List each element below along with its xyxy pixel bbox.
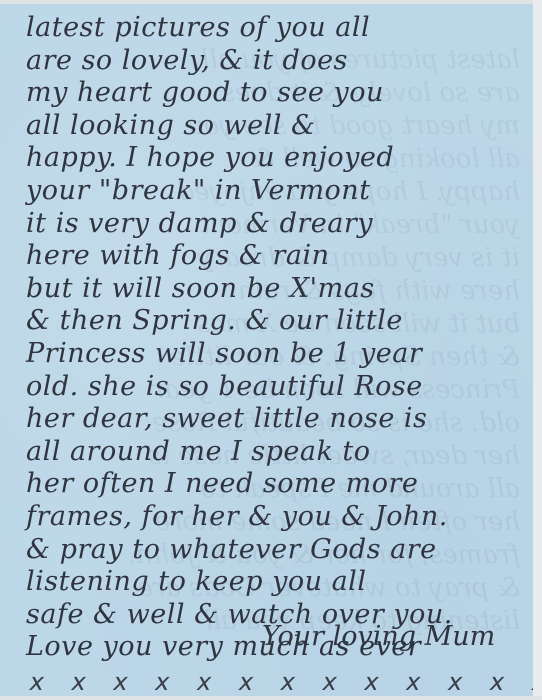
letter-line-18: listening to keep you all (26, 566, 526, 599)
letter-line-3: my heart good to see you (26, 77, 526, 110)
letter-line-5: happy. I hope you enjoyed (26, 142, 526, 175)
letter-line-4: all looking so well & (26, 110, 526, 143)
letter-line-2: are so lovely, & it does (26, 45, 526, 78)
letter-page: latest pictures of you all are so lovely… (0, 4, 533, 696)
signature: Your loving Mum (262, 621, 495, 652)
letter-line-6: your "break" in Vermont (26, 175, 526, 208)
letter-line-13: her dear, sweet little nose is (26, 403, 526, 436)
letter-line-1: latest pictures of you all (26, 12, 526, 45)
letter-line-12: old. she is so beautiful Rose (26, 371, 526, 404)
kisses-row: x x x x x x x x x x x x x x (27, 668, 513, 696)
letter-body: latest pictures of you all are so lovely… (26, 12, 526, 664)
letter-line-11: Princess will soon be 1 year (26, 338, 526, 371)
letter-line-14: all around me I speak to (26, 436, 526, 469)
letter-line-16: frames, for her & you & John. (26, 501, 526, 534)
letter-line-15: her often I need some more (26, 468, 526, 501)
paper-bottom-edge (0, 696, 542, 700)
letter-line-17: & pray to whatever Gods are (26, 534, 526, 567)
paper-right-edge (533, 0, 542, 700)
letter-line-9: but it will soon be X'mas (26, 273, 526, 306)
letter-line-8: here with fogs & rain (26, 240, 526, 273)
letter-line-10: & then Spring. & our little (26, 305, 526, 338)
letter-line-7: it is very damp & dreary (26, 208, 526, 241)
